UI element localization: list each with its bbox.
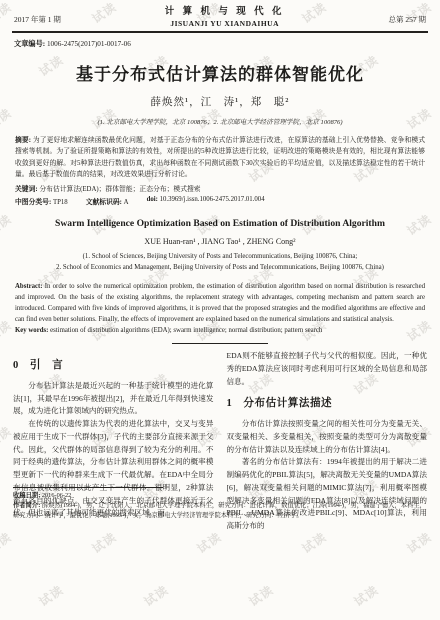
doi-item: doi: 10.3969/j.issn.1006-2475.2017.01.00…	[147, 196, 265, 206]
left-paragraph-1: 分布估计算法是最近兴起的一种基于统计模型的进化算法[1]，其最早在1996年被提…	[13, 380, 214, 418]
abstract-en: Abstract: In order to solve the numerica…	[15, 281, 425, 325]
paper-page: 试读试读试读试读试读试读试读试读试读试读试读试读试读试读试读试读试读试读试读试读…	[0, 0, 440, 620]
section-1-heading: 1 分布估计算法描述	[227, 395, 428, 413]
article-number-line: 文章编号: 1006-2475(2017)01-0017-06	[14, 39, 426, 49]
abstract-cn-label: 摘要:	[15, 137, 31, 144]
section-0-heading: 0 引 言	[13, 357, 214, 375]
paper-title-cn: 基于分布式估计算法的群体智能优化	[0, 60, 440, 85]
author-bio-text: 薛焕然(1994-)，男，辽宁沈阳人，北京邮电大学理学院本科生，研究方向：进化计…	[13, 502, 426, 519]
author-bio-line: 作者简介: 薛焕然(1994-)，男，辽宁沈阳人，北京邮电大学理学院本科生，研究…	[13, 501, 427, 521]
watermark-text: 试读	[350, 581, 381, 610]
doc-code-item: 文献标识码: A	[86, 196, 129, 206]
watermark-text: 试读	[245, 581, 276, 610]
classification-line: 中图分类号: TP18 文献标识码: A doi: 10.3969/j.issn…	[15, 196, 425, 206]
received-date-line: 收稿日期: 2016-06-22	[13, 491, 427, 501]
affiliation-en-line1: (1. School of Sciences, Beijing Universi…	[0, 252, 440, 263]
keywords-cn-text: 分布估计算法(EDA)；群体智能；正态分布；模式搜索	[39, 186, 200, 193]
clc-label: 中图分类号:	[15, 199, 51, 206]
author-bio-label: 作者简介:	[13, 502, 40, 509]
clc-value: TP18	[53, 199, 68, 206]
watermark-text: 试读	[35, 581, 66, 610]
journal-header: 2017 年第 1 期 计 算 机 与 现 代 化 JISUANJI YU XI…	[0, 0, 440, 28]
authors-en: XUE Huan-ran¹ , JIANG Tao¹ , ZHENG Cong²	[0, 237, 440, 246]
abstract-en-label: Abstract:	[15, 283, 43, 290]
received-date-value: 2016-06-22	[42, 492, 71, 499]
article-number-value: 1006-2475(2017)01-0017-06	[47, 40, 131, 48]
received-date-label: 收稿日期:	[13, 492, 40, 499]
doi-value: 10.3969/j.issn.1006-2475.2017.01.004	[160, 196, 265, 203]
keywords-en-text: estimation of distribution algorithms (E…	[50, 327, 322, 334]
footnote-rule	[13, 487, 163, 488]
keywords-cn-label: 关键词:	[15, 186, 38, 193]
article-number-label: 文章编号:	[14, 40, 45, 48]
footnote-block: 收稿日期: 2016-06-22 作者简介: 薛焕然(1994-)，男，辽宁沈阳…	[13, 487, 427, 521]
authors-cn: 薛焕然¹，江 涛¹，郑 聪²	[0, 94, 440, 109]
affiliation-cn: (1. 北京邮电大学理学院，北京 100876；2. 北京邮电大学经济管理学院，…	[0, 116, 440, 126]
abstract-cn: 摘要: 为了更好地求解连续函数最优化问题，对基于正态分布的分布式估计算法进行改进…	[15, 135, 425, 180]
right-paragraph-2: 分布估计算法按照变量之间的相关性可分为变量无关、双变量相关、多变量相关，按照变量…	[227, 418, 428, 456]
doi-label: doi:	[147, 196, 158, 203]
doc-code-value: A	[124, 199, 129, 206]
journal-name-cn: 计 算 机 与 现 代 化	[165, 7, 285, 19]
header-rule	[12, 31, 428, 33]
keywords-cn-line: 关键词: 分布估计算法(EDA)；群体智能；正态分布；模式搜索	[15, 183, 425, 193]
paper-title-en: Swarm Intelligence Optimization Based on…	[0, 218, 440, 229]
affiliation-en-line2: 2. School of Economics and Management, B…	[0, 263, 440, 274]
issue-number-left: 2017 年第 1 期	[14, 14, 61, 28]
affiliation-en: (1. School of Sciences, Beijing Universi…	[0, 252, 440, 274]
journal-name-block: 计 算 机 与 现 代 化 JISUANJI YU XIANDAIHUA	[165, 7, 285, 28]
right-paragraph-1: EDA则不能够直接控制子代与父代的相似度。因此，一种优秀的EDA算法应该同时考虑…	[227, 350, 428, 388]
clc-item: 中图分类号: TP18	[15, 196, 68, 206]
abstract-en-text: In order to solve the numerical optimiza…	[15, 283, 425, 323]
journal-name-pinyin: JISUANJI YU XIANDAIHUA	[165, 19, 285, 28]
watermark-text: 试读	[140, 581, 171, 610]
section-divider	[172, 343, 268, 344]
doc-code-label: 文献标识码:	[86, 199, 122, 206]
keywords-en-label: Key words:	[15, 327, 48, 334]
keywords-en-line: Key words: estimation of distribution al…	[15, 327, 425, 334]
paper-content: 2017 年第 1 期 计 算 机 与 现 代 化 JISUANJI YU XI…	[0, 0, 440, 533]
issue-number-right: 总第 257 期	[388, 14, 426, 28]
abstract-cn-text: 为了更好地求解连续函数最优化问题，对基于正态分布的分布式估计算法进行改进，在原算…	[15, 137, 425, 178]
